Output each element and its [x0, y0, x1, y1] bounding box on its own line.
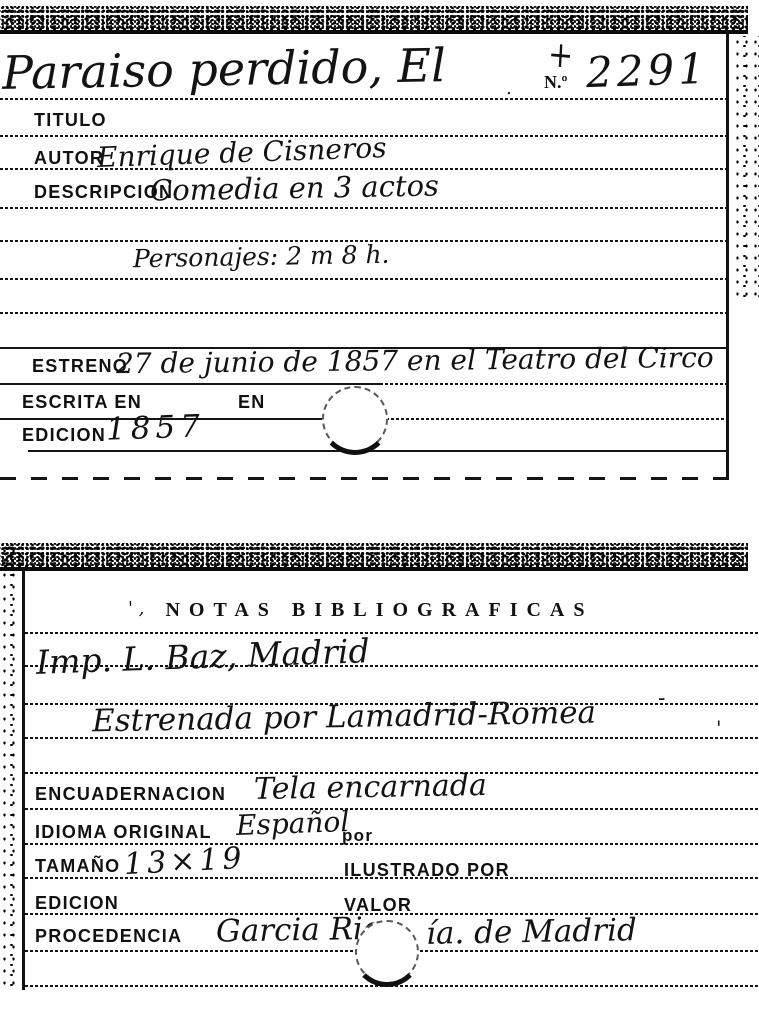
scan-noise-right-margin [733, 36, 759, 304]
front-card-bottom-edge [0, 477, 740, 480]
handwritten-imprenta: Imp. L. Baz, Madrid [36, 634, 371, 679]
por-label: por [342, 826, 373, 846]
edicion-label-back: EDICION [35, 893, 119, 914]
ruled-line [25, 632, 759, 634]
stray-dot-mark: . [506, 78, 512, 99]
handwritten-title: Paraiso perdido, El [2, 42, 447, 96]
procedencia-label: PROCEDENCIA [35, 926, 182, 947]
ruled-line [0, 383, 382, 385]
tamano-label: TAMAÑO [35, 856, 120, 877]
autor-label: AUTOR [34, 148, 104, 169]
handwritten-personajes: Personajes: 2 m 8 h. [133, 242, 390, 271]
handwritten-card-number: 2291 [585, 48, 709, 94]
ruled-line [28, 450, 727, 452]
estreno-label: ESTRENO [32, 356, 128, 377]
scan-edge-band-middle [0, 543, 748, 571]
handwritten-procedencia-right: ía. de Madrid [426, 915, 637, 950]
idioma-original-label: IDIOMA ORIGINAL [35, 822, 212, 843]
scan-edge-band-top [0, 6, 748, 34]
handwritten-idioma: Español [236, 808, 350, 840]
ruled-line [0, 98, 727, 100]
handwritten-estrenada-por: Estrenada por Lamadrid-Romea [92, 698, 597, 738]
handwritten-descripcion: Comedia en 3 actos [150, 171, 439, 205]
punch-hole [355, 920, 419, 984]
scanned-catalog-cards: Paraiso perdido, El . + N.º 2291 TITULO … [0, 0, 759, 1028]
number-label: N.º [544, 72, 567, 93]
titulo-label: TITULO [34, 110, 107, 131]
ruled-line [386, 418, 727, 420]
handwritten-cross-mark: + [547, 33, 575, 77]
handwritten-estreno: 27 de junio de 1857 en el Teatro del Cir… [116, 344, 714, 378]
en-label: EN [238, 392, 266, 413]
ruled-line [25, 843, 759, 845]
punch-hole [322, 386, 388, 452]
ruled-line [0, 278, 727, 280]
ilustrado-por-label: ILUSTRADO POR [344, 860, 510, 881]
ruled-line [0, 207, 727, 209]
escrita-en-label: ESCRITA EN [22, 392, 142, 413]
encuadernacion-label: ENCUADERNACION [35, 784, 226, 805]
edicion-label: EDICION [22, 425, 106, 446]
handwritten-autor: Enrique de Cisneros [97, 134, 387, 172]
handwritten-encuadernacion: Tela encarnada [254, 771, 487, 805]
ruled-line [25, 808, 759, 810]
back-card-left-border [22, 567, 25, 990]
notas-bibliograficas-header: NOTAS BIBLIOGRAFICAS [0, 599, 759, 622]
handwritten-tamano: 13×19 [123, 844, 246, 880]
handwritten-edicion: 1857 [105, 411, 205, 445]
stray-dash-mark: - [658, 686, 665, 711]
ruled-line [0, 312, 727, 314]
stray-apostrophe-mark: ' [716, 716, 722, 740]
